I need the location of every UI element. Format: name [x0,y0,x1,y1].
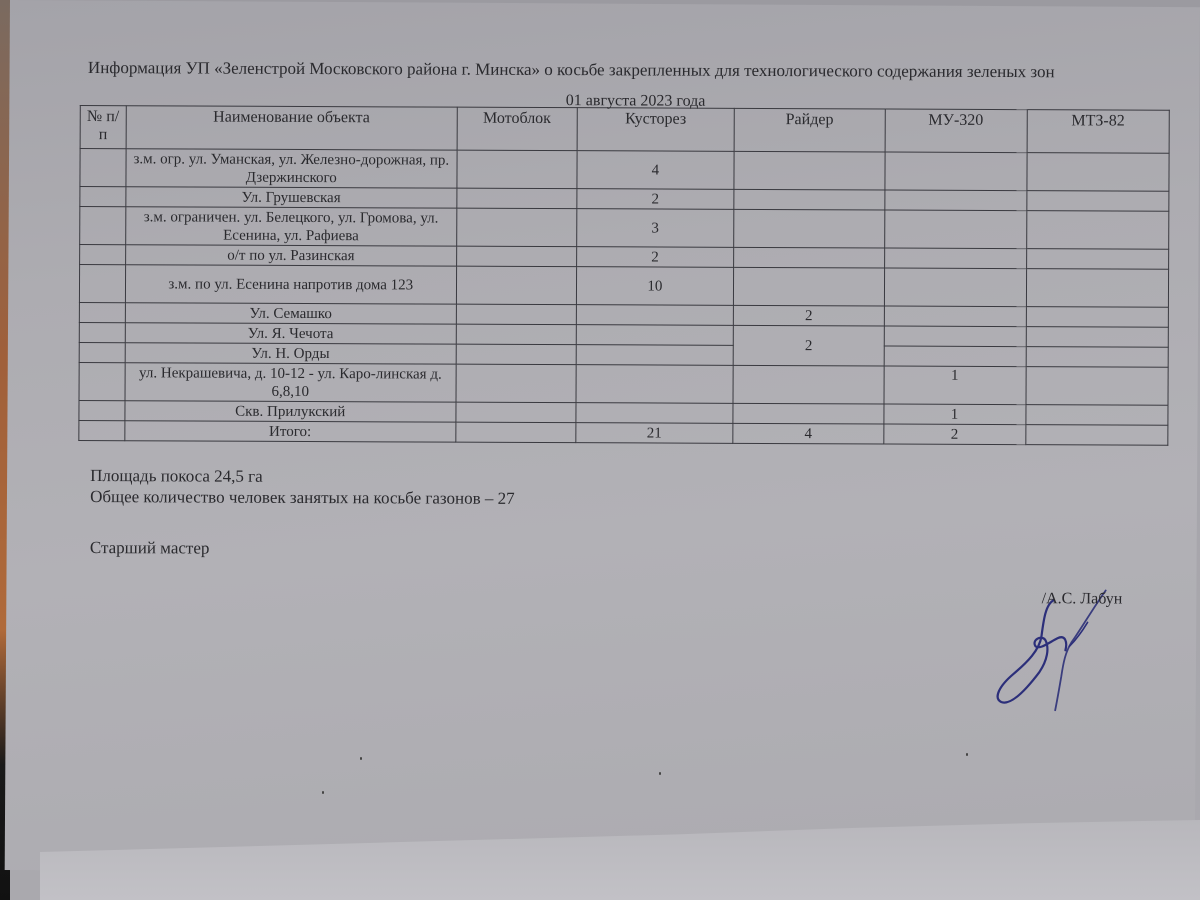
cell-number [79,342,125,362]
cell-motoblok [456,344,576,365]
cell-mu320: 1 [884,366,1026,405]
cell-name: ул. Некрашевича, д. 10-12 - ул. Каро-лин… [125,363,456,402]
cell-name: з.м. ограничен. ул. Белецкого, ул. Громо… [125,207,456,246]
cell-mu320 [884,210,1026,249]
cell-rayder: 2 [734,305,884,326]
cell-mtz82 [1026,327,1168,348]
table-header-row: № п/п Наименование объекта Мотоблок Куст… [80,106,1169,154]
cell-name: Скв. Прилукский [125,401,456,422]
table-row: з.м. ограничен. ул. Белецкого, ул. Громо… [80,207,1169,250]
cell-mu320 [884,306,1026,327]
cell-kustorez: 10 [576,267,734,306]
cell-kustorez: 2 [576,247,734,268]
cell-number [79,362,125,400]
header-mu320: МУ-320 [885,109,1027,153]
total-kustorez: 21 [576,423,734,444]
header-kustorez: Кусторез [577,108,735,152]
total-mu320: 2 [883,424,1025,445]
people-count: Общее количество человек занятых на кось… [90,486,1158,512]
cell-mtz82 [1026,367,1168,406]
paper-speck [322,791,324,794]
cell-mu320: 1 [883,404,1025,425]
cell-motoblok [456,324,576,345]
header-motoblok: Мотоблок [457,107,577,151]
cell-motoblok [456,364,576,403]
total-mtz82 [1026,425,1168,446]
cell-number [79,420,125,440]
document: Информация УП «Зеленстрой Московского ра… [78,58,1160,563]
cell-mu320 [884,248,1026,269]
cell-kustorez: 2 [577,189,735,210]
cell-rayder: 2 [733,325,884,366]
total-label: Итого: [125,421,456,442]
photo-scene: Информация УП «Зеленстрой Московского ра… [0,0,1200,900]
header-name: Наименование объекта [126,106,457,150]
cell-kustorez [576,305,734,326]
cell-mtz82 [1026,307,1168,328]
cell-rayder [734,209,885,248]
cell-mu320 [884,346,1026,367]
cell-rayder [733,365,884,404]
paper-speck [360,757,362,760]
cell-motoblok [456,246,576,267]
cell-mu320 [884,268,1026,307]
cell-motoblok [457,208,577,247]
cell-motoblok [457,150,577,189]
signer-name: /А.С. Лабун [1042,590,1123,608]
cell-mtz82 [1026,249,1168,270]
cell-name: о/т по ул. Разинская [125,245,456,266]
cell-name: з.м. по ул. Есенина напротив дома 123 [125,265,456,304]
total-rayder: 4 [733,423,883,444]
cell-rayder [734,189,884,210]
cell-kustorez [576,325,734,346]
cell-rayder [734,151,885,190]
cell-number [80,207,126,245]
cell-name: Ул. Я. Чечота [125,323,456,344]
cell-mtz82 [1026,269,1168,308]
cell-kustorez [576,345,734,366]
cell-mtz82 [1026,347,1168,368]
document-footer: Площадь покоса 24,5 га Общее количество … [90,465,1158,563]
cell-motoblok [457,188,577,209]
cell-mu320 [884,326,1026,347]
cell-kustorez: 3 [576,209,734,248]
cell-number [80,245,126,265]
table-body: з.м. огр. ул. Уманская, ул. Железно-доро… [79,149,1169,446]
cell-name: Ул. Н. Орды [125,343,456,364]
cell-motoblok [456,304,576,325]
cell-kustorez [576,365,734,404]
cell-kustorez [576,403,734,424]
mowing-report-table: № п/п Наименование объекта Мотоблок Куст… [78,105,1169,446]
cell-mu320 [884,152,1026,191]
cell-motoblok [456,402,576,423]
header-number: № п/п [80,106,126,149]
cell-name: з.м. огр. ул. Уманская, ул. Железно-доро… [126,149,457,188]
table-total-row: Итого: 21 4 2 [79,420,1168,445]
cell-number [79,322,125,342]
cell-number [80,149,126,187]
cell-rayder [734,247,884,268]
paper-speck [966,753,968,756]
document-title: Информация УП «Зеленстрой Московского ра… [88,58,1148,82]
cell-mu320 [884,190,1026,211]
total-motoblok [456,422,576,443]
cell-number [80,187,126,207]
cell-name: Ул. Семашко [125,303,456,324]
cell-mtz82 [1027,191,1169,212]
cell-rayder [734,267,885,306]
cell-mtz82 [1026,211,1168,250]
cell-kustorez: 4 [577,151,735,190]
header-rayder: Райдер [734,108,885,152]
table-row: ул. Некрашевича, д. 10-12 - ул. Каро-лин… [79,362,1168,405]
table-row: з.м. огр. ул. Уманская, ул. Железно-доро… [80,149,1169,192]
table-row: з.м. по ул. Есенина напротив дома 123 10 [79,265,1168,308]
cell-number [79,302,125,322]
cell-rayder [733,403,883,424]
cell-mtz82 [1027,153,1169,192]
cell-name: Ул. Грушевская [126,187,457,208]
cell-motoblok [456,266,576,305]
paper-speck [659,772,661,775]
cell-mtz82 [1026,405,1168,426]
cell-number [79,265,125,303]
cell-number [79,400,125,420]
header-mtz82: МТЗ-82 [1027,110,1169,154]
